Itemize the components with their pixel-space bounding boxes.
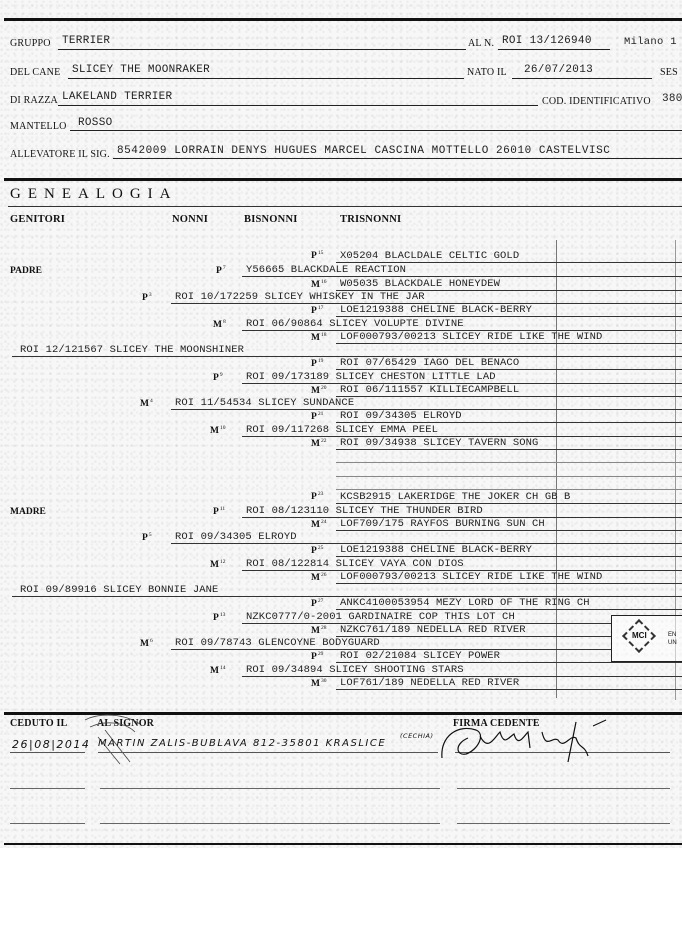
row-line: [336, 503, 682, 504]
trisnonno-26: LOF000793/00213 SLICEY RIDE LIKE THE WIN…: [340, 571, 602, 583]
bisnonno-11: ROI 08/123110 SLICEY THE THUNDER BIRD: [246, 505, 483, 517]
stamp-side-bottom: UN: [668, 640, 677, 646]
trisnonno-16: W05035 BLACKDALE HONEYDEW: [340, 278, 500, 290]
tag-m8: M8: [213, 319, 226, 330]
bisnonno-12: ROI 08/122814 SLICEY VAYA CON DIOS: [246, 558, 464, 570]
top-rule: [4, 18, 682, 21]
tag-p11: P11: [213, 506, 225, 517]
trisnonno-23: KCSB2915 LAKERIDGE THE JOKER CH GB B: [340, 491, 570, 503]
blank-line: [100, 788, 440, 789]
row-line: [336, 343, 682, 344]
del-cane-label: DEL CANE: [10, 67, 60, 78]
cod-identificativo-value: 380: [662, 93, 682, 105]
row-line: [336, 262, 682, 263]
gruppo-label: GRUPPO: [10, 38, 51, 49]
al-n-label: AL N.: [468, 38, 494, 49]
trisnonno-24: LOF709/175 RAYFOS BURNING SUN CH: [340, 518, 545, 530]
row-line: [336, 396, 682, 397]
blank-line: [100, 823, 440, 824]
handwritten-date: 26|08|2014: [12, 738, 90, 751]
tag-m16: M16: [311, 279, 326, 290]
padre-name: ROI 12/121567 SLICEY THE MOONSHINER: [20, 344, 244, 356]
row-line: [336, 689, 682, 690]
bisnonno-10: ROI 09/117268 SLICEY EMMA PEEL: [246, 424, 438, 436]
row-line: [336, 530, 682, 531]
tag-m14: M14: [210, 665, 225, 676]
tag-m6: M6: [140, 638, 153, 649]
row-line: [336, 556, 682, 557]
tag-p5: P5: [142, 532, 152, 543]
bisnonno-9: ROI 09/173189 SLICEY CHESTON LITTLE LAD: [246, 371, 496, 383]
genealogy-title-rule: [8, 206, 682, 207]
di-razza-label: DI RAZZA: [10, 95, 58, 106]
stamp-side-text: ENUN: [668, 631, 677, 647]
trisnonno-27: ANKC4100053954 MEZY LORD OF THE RING CH: [340, 597, 590, 609]
nato-il-label: NATO IL: [467, 67, 507, 78]
tag-p25: P25: [311, 545, 323, 556]
trisnonno-17: LOE1219388 CHELINE BLACK-BERRY: [340, 304, 532, 316]
blank-line: [457, 823, 670, 824]
trisnonno-15: X05204 BLACLDALE CELTIC GOLD: [340, 250, 519, 262]
row-line: [336, 489, 682, 490]
tag-m18: M18: [311, 332, 326, 343]
trisnonno-19: ROI 07/65429 IAGO DEL BENACO: [340, 357, 519, 369]
column-nonni: NONNI: [172, 214, 208, 225]
row-line: [336, 462, 682, 463]
allevatore-label: ALLEVATORE IL SIG.: [10, 149, 110, 160]
mantello-value: ROSSO: [78, 117, 113, 129]
row-line: [336, 609, 682, 610]
bottom-rule: [4, 843, 682, 845]
column-trisnonni: TRISNONNI: [340, 214, 401, 225]
bisnonno-7: Y56665 BLACKDALE REACTION: [246, 264, 406, 276]
gruppo-underline: [58, 49, 466, 50]
trisnonno-20: ROI 06/111557 KILLIECAMPBELL: [340, 384, 519, 396]
al-n-location: Milano 1: [624, 36, 677, 48]
cod-identificativo-label: COD. IDENTIFICATIVO: [542, 96, 651, 107]
signor-underline: [98, 752, 438, 753]
bisnonno-8: ROI 06/90864 SLICEY VOLUPTE DIVINE: [246, 318, 464, 330]
trisnonno-30: LOF761/189 NEDELLA RED RIVER: [340, 677, 519, 689]
grid-separator: [556, 240, 557, 698]
mantello-underline: [70, 130, 682, 131]
nato-il-value: 26/07/2013: [524, 64, 593, 76]
genealogy-top-rule: [4, 178, 682, 181]
tag-m30: M30: [311, 678, 326, 689]
tag-p13: P13: [213, 612, 225, 623]
nonno-3: ROI 10/172259 SLICEY WHISKEY IN THE JAR: [175, 291, 425, 303]
allevatore-underline: [113, 158, 682, 159]
tag-m26: M26: [311, 572, 326, 583]
genealogy-title: GENEALOGIA: [10, 186, 177, 203]
tag-p9: P9: [213, 372, 223, 383]
ceduto-il-label: CEDUTO IL: [10, 718, 67, 729]
column-bisnonni: BISNONNI: [244, 214, 298, 225]
tag-p7: P7: [216, 265, 226, 276]
madre-name: ROI 09/89916 SLICEY BONNIE JANE: [20, 584, 218, 596]
tag-m28: M28: [311, 625, 326, 636]
tag-m10: M10: [210, 425, 225, 436]
row-line: [336, 422, 682, 423]
mantello-label: MANTELLO: [10, 121, 67, 132]
bisnonno-14: ROI 09/34894 SLICEY SHOOTING STARS: [246, 664, 464, 676]
del-cane-underline: [68, 78, 464, 79]
stamp-mark: MCI: [632, 631, 647, 640]
nonno-4: ROI 11/54534 SLICEY SUNDANCE: [175, 397, 354, 409]
tag-p29: P29: [311, 651, 323, 662]
trisnonno-29: ROI 02/21084 SLICEY POWER: [340, 650, 500, 662]
row-line: [336, 583, 682, 584]
ceduto-underline: [10, 752, 85, 753]
tag-p27: P27: [311, 598, 323, 609]
bisnonno-13: NZKC0777/0-2001 GARDINAIRE COP THIS LOT …: [246, 611, 515, 623]
tag-p3: P3: [142, 292, 152, 303]
trisnonno-22: ROI 09/34938 SLICEY TAVERN SONG: [340, 437, 538, 449]
handwritten-country: (CECHIA): [400, 732, 434, 740]
tag-m22: M22: [311, 438, 326, 449]
row-line: [242, 276, 682, 277]
di-razza-value: LAKELAND TERRIER: [62, 91, 172, 103]
al-n-underline: [498, 49, 610, 50]
tag-p15: P15: [311, 250, 323, 261]
madre-label: MADRE: [10, 507, 46, 517]
official-stamp: MCI ENUN: [611, 615, 682, 662]
nonno-6: ROI 09/78743 GLENCOYNE BODYGUARD: [175, 637, 380, 649]
di-razza-underline: [58, 105, 538, 106]
trisnonno-18: LOF000793/00213 SLICEY RIDE LIKE THE WIN…: [340, 331, 602, 343]
gruppo-value: TERRIER: [62, 35, 110, 47]
row-line: [336, 476, 682, 477]
padre-label: PADRE: [10, 266, 42, 276]
nonno-5: ROI 09/34305 ELROYD: [175, 531, 297, 543]
tag-m4: M4: [140, 398, 153, 409]
row-line: [336, 449, 682, 450]
trisnonno-28: NZKC761/189 NEDELLA RED RIVER: [340, 624, 526, 636]
del-cane-value: SLICEY THE MOONRAKER: [72, 64, 210, 76]
blank-line: [457, 788, 670, 789]
row-line: [336, 316, 682, 317]
row-line: [336, 369, 682, 370]
al-n-value: ROI 13/126940: [502, 35, 592, 47]
tag-m24: M24: [311, 519, 326, 530]
blank-line: [10, 788, 85, 789]
trisnonno-21: ROI 09/34305 ELROYD: [340, 410, 462, 422]
blank-line: [10, 823, 85, 824]
tag-p17: P17: [311, 305, 323, 316]
signature-icon: [438, 716, 608, 766]
sesso-label: SES: [660, 67, 678, 78]
allevatore-value: 8542009 LORRAIN DENYS HUGUES MARCEL CASC…: [117, 145, 610, 157]
column-genitori: GENITORI: [10, 214, 65, 225]
nato-il-underline: [512, 78, 652, 79]
tag-p23: P23: [311, 491, 323, 502]
handwritten-recipient: MARTIN ZALIS-BUBLAVA 812-35801 KRASLICE: [98, 738, 386, 749]
tag-m20: M20: [311, 385, 326, 396]
tag-m12: M12: [210, 559, 225, 570]
tag-p21: P21: [311, 411, 323, 422]
trisnonno-25: LOE1219388 CHELINE BLACK-BERRY: [340, 544, 532, 556]
row-line: [336, 662, 682, 663]
stamp-side-top: EN: [668, 632, 676, 638]
tag-p19: P19: [311, 358, 323, 369]
pedigree-document: GRUPPO TERRIER AL N. ROI 13/126940 Milan…: [0, 0, 682, 935]
page-margin-bottom: [0, 848, 682, 935]
